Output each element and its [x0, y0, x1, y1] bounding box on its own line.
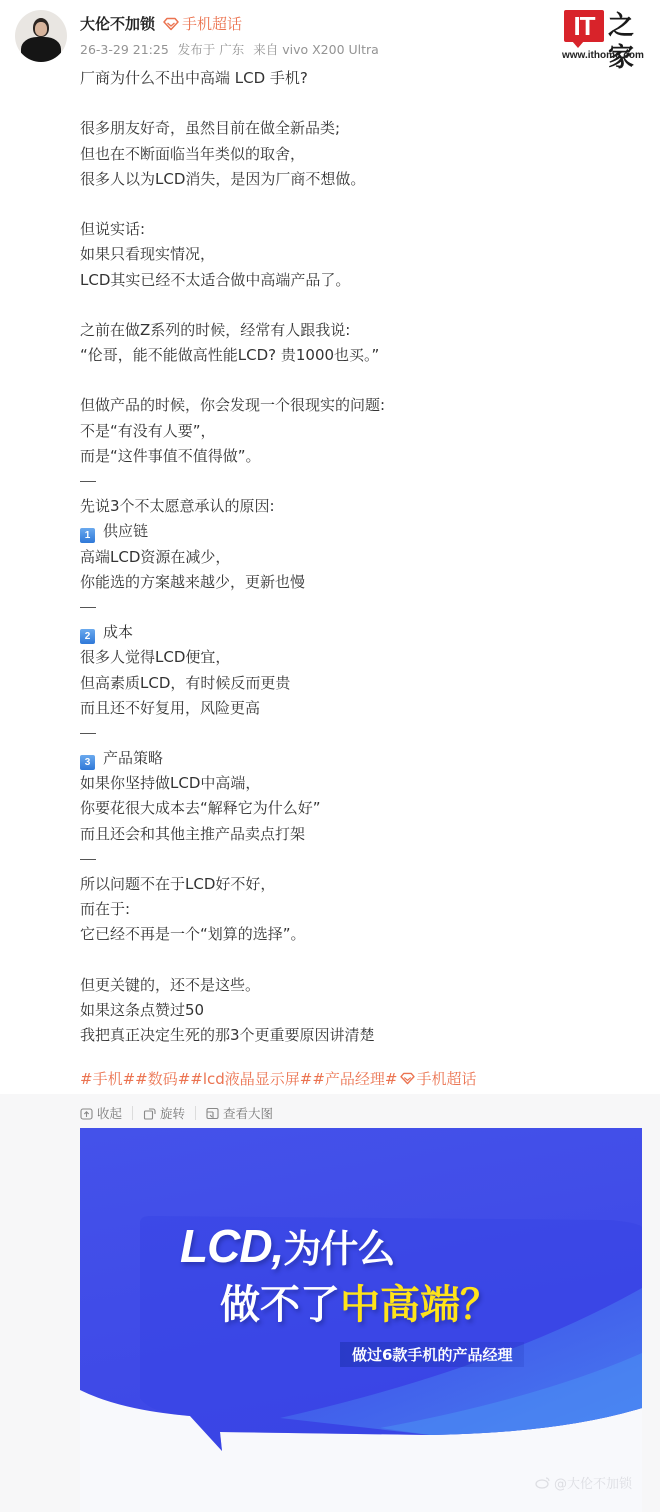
numbered-heading-text: 供应链	[103, 522, 148, 540]
post-image[interactable]: LCD,为什么 做不了中高端？ 做过6款手机的产品经理 @大伦不加锁	[80, 1128, 642, 1512]
avatar[interactable]	[15, 10, 67, 62]
section-divider	[80, 469, 640, 494]
section-divider	[80, 721, 640, 746]
hashtag-supertopic[interactable]: 手机超话	[417, 1068, 477, 1089]
image-subtitle: 做过6款手机的产品经理	[340, 1342, 524, 1367]
numbered-heading: 3产品策略	[80, 746, 640, 771]
text-line: 你能选的方案越来越少，更新也慢	[80, 570, 640, 595]
numbered-heading-text: 产品策略	[103, 749, 163, 767]
post-body: 厂商为什么不出中高端 LCD 手机?很多朋友好奇，虽然目前在做全新品类;但也在不…	[80, 66, 640, 1048]
diamond-icon	[163, 17, 179, 31]
image-headline-line2: 做不了中高端？	[220, 1273, 500, 1330]
toolbar-divider	[132, 1106, 133, 1120]
text-line: 但做产品的时候，你会发现一个很现实的问题:	[80, 393, 640, 418]
hashtag-phone[interactable]: #手机#	[80, 1068, 135, 1089]
number-badge-icon: 2	[80, 629, 95, 644]
text-line: “伦哥，能不能做高性能LCD? 贵1000也买。”	[80, 343, 640, 368]
text-line: 但说实话:	[80, 217, 640, 242]
text-line: 而是“这件事值不值得做”。	[80, 444, 640, 469]
text-line: 如果这条点赞过50	[80, 998, 640, 1023]
image-watermark: @大伦不加锁	[535, 1473, 632, 1492]
text-line: 所以问题不在于LCD好不好，	[80, 872, 640, 897]
username-link[interactable]: 大伦不加锁	[80, 13, 155, 34]
text-line: 不是“有没有人要”，	[80, 419, 640, 444]
hashtag-row: #手机# #数码# #lcd液晶显示屏# #产品经理# 手机超话	[80, 1068, 477, 1089]
text-line: 但也在不断面临当年类似的取舍，	[80, 142, 640, 167]
ithome-logo: IT 之家 www.ithome.com	[562, 10, 654, 64]
numbered-heading: 1供应链	[80, 519, 640, 544]
avatar-figure-face	[35, 22, 47, 36]
text-line: 高端LCD资源在减少，	[80, 545, 640, 570]
hashtag-product-manager[interactable]: #产品经理#	[312, 1068, 397, 1089]
text-line: 很多人以为LCD消失，是因为厂商不想做。	[80, 167, 640, 192]
view-large-button[interactable]: 查看大图	[206, 1104, 273, 1122]
image-headline-line1: LCD,为什么	[180, 1218, 394, 1273]
view-large-label: 查看大图	[223, 1104, 273, 1122]
text-line: 如果你坚持做LCD中高端，	[80, 771, 640, 796]
section-divider	[80, 595, 640, 620]
text-line: 先说3个不太愿意承认的原因:	[80, 494, 640, 519]
avatar-figure-body	[21, 37, 61, 62]
text-line: 很多人觉得LCD便宜，	[80, 645, 640, 670]
text-line: 但更关键的，还不是这些。	[80, 973, 640, 998]
text-line: 而在于:	[80, 897, 640, 922]
text-line: 我把真正决定生死的那3个更重要原因讲清楚	[80, 1023, 640, 1048]
blank-line	[80, 948, 640, 973]
text-line: 但高素质LCD，有时候反而更贵	[80, 671, 640, 696]
number-badge-icon: 1	[80, 528, 95, 543]
post-meta: 26-3-29 21:25 发布于 广东 来自 vivo X200 Ultra	[80, 40, 384, 58]
numbered-heading: 2成本	[80, 620, 640, 645]
post-source: 来自 vivo X200 Ultra	[253, 42, 379, 57]
collapse-label: 收起	[97, 1104, 122, 1122]
text-line: 而且还不好复用，风险更高	[80, 696, 640, 721]
collapse-button[interactable]: 收起	[80, 1104, 122, 1122]
collapse-icon	[80, 1107, 93, 1120]
number-badge-icon: 3	[80, 755, 95, 770]
numbered-heading-text: 成本	[103, 623, 133, 641]
toolbar-divider	[195, 1106, 196, 1120]
logo-url: www.ithome.com	[562, 50, 644, 61]
logo-it-mark: IT	[564, 10, 604, 42]
view-large-icon	[206, 1107, 219, 1120]
rotate-button[interactable]: 旋转	[143, 1104, 185, 1122]
hashtag-lcd[interactable]: #lcd液晶显示屏#	[190, 1068, 312, 1089]
blank-line	[80, 192, 640, 217]
diamond-icon	[400, 1072, 415, 1085]
text-line: 而且还会和其他主推产品卖点打架	[80, 822, 640, 847]
rotate-icon	[143, 1107, 156, 1120]
post-location: 发布于 广东	[178, 42, 244, 57]
text-line: LCD其实已经不太适合做中高端产品了。	[80, 268, 640, 293]
logo-cn-text: 之家	[608, 10, 654, 74]
text-line: 它已经不再是一个“划算的选择”。	[80, 922, 640, 947]
text-line: 很多朋友好奇，虽然目前在做全新品类;	[80, 116, 640, 141]
blank-line	[80, 293, 640, 318]
post-header: 大伦不加锁 手机超话 26-3-29 21:25 发布于 广东 来自 vivo …	[0, 0, 660, 68]
blank-line	[80, 91, 640, 116]
text-line: 你要花很大成本去“解释它为什么好”	[80, 796, 640, 821]
supertopic-link[interactable]: 手机超话	[163, 13, 242, 34]
hashtag-digital[interactable]: #数码#	[135, 1068, 190, 1089]
supertopic-label: 手机超话	[182, 13, 242, 34]
blank-line	[80, 368, 640, 393]
text-line: 厂商为什么不出中高端 LCD 手机?	[80, 66, 640, 91]
post-datetime[interactable]: 26-3-29 21:25	[80, 42, 169, 57]
section-divider	[80, 847, 640, 872]
weibo-icon	[535, 1476, 551, 1489]
text-line: 之前在做Z系列的时候，经常有人跟我说:	[80, 318, 640, 343]
rotate-label: 旋转	[160, 1104, 185, 1122]
image-toolbar: 收起 旋转 查看大图	[80, 1104, 273, 1122]
text-line: 如果只看现实情况，	[80, 242, 640, 267]
